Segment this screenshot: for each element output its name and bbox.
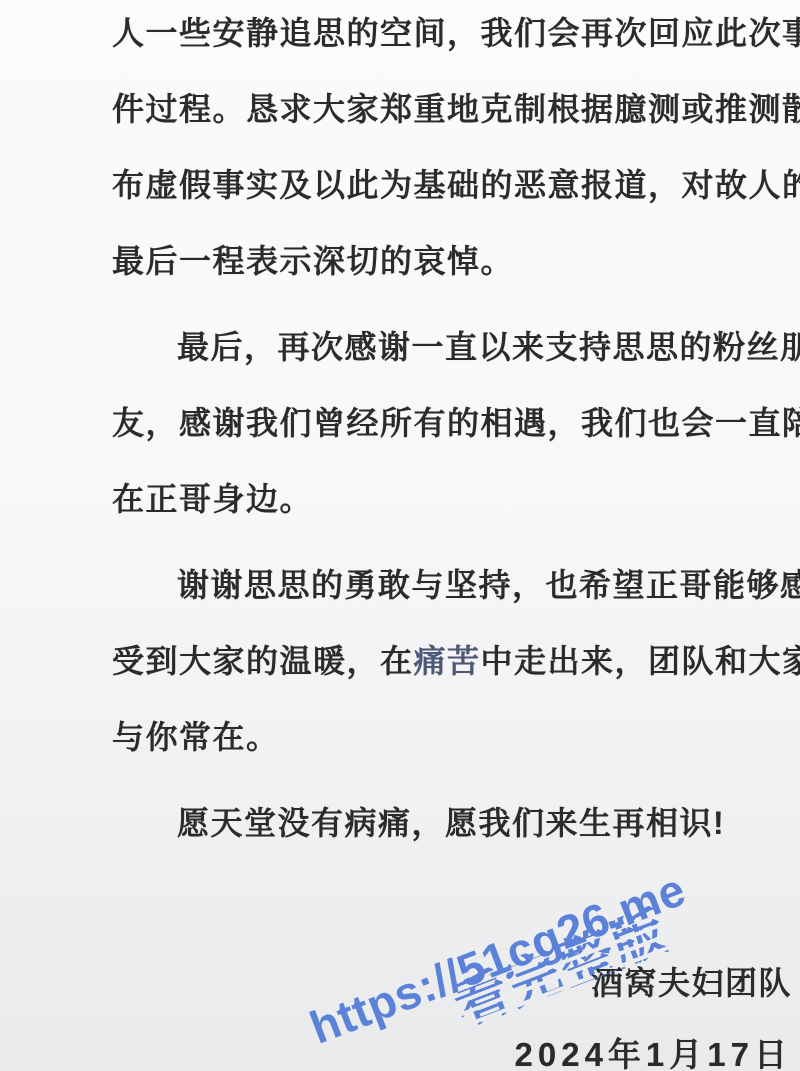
text-line: 与你常在。 <box>112 714 792 790</box>
text-line: 人一些安静追思的空间，我们会再次回应此次事 <box>112 10 792 86</box>
text-segment: 在正哥身边。 <box>112 481 313 517</box>
letter-body: 人一些安静追思的空间，我们会再次回应此次事件过程。恳求大家郑重地克制根据臆测或推… <box>112 10 792 876</box>
text-line: 布虚假事实及以此为基础的恶意报道，对故人的 <box>112 162 792 238</box>
text-segment: 痛苦 <box>414 643 481 679</box>
text-line: 最后，再次感谢一直以来支持思思的粉丝朋 <box>112 324 792 400</box>
text-line: 谢谢思思的勇敢与坚持，也希望正哥能够感 <box>112 562 792 638</box>
text-line: 友，感谢我们曾经所有的相遇，我们也会一直陪 <box>112 400 792 476</box>
text-segment: 与你常在。 <box>112 719 280 755</box>
text-line: 最后一程表示深切的哀悼。 <box>112 238 792 314</box>
text-segment: 谢谢思思的勇敢与坚持，也希望正哥能够感 <box>177 567 800 603</box>
page-background: 人一些安静追思的空间，我们会再次回应此次事件过程。恳求大家郑重地克制根据臆测或推… <box>0 0 800 1071</box>
text-line: 在正哥身边。 <box>112 476 792 552</box>
text-segment: 友，感谢我们曾经所有的相遇，我们也会一直陪 <box>112 405 800 441</box>
text-line: 受到大家的温暖，在痛苦中走出来，团队和大家 <box>112 638 792 714</box>
text-segment: 布虚假事实及以此为基础的恶意报道，对故人的 <box>112 167 800 203</box>
text-segment: 最后，再次感谢一直以来支持思思的粉丝朋 <box>177 329 800 365</box>
text-segment: 受到大家的温暖，在 <box>112 643 414 679</box>
text-line: 件过程。恳求大家郑重地克制根据臆测或推测散 <box>112 86 792 162</box>
text-segment: 件过程。恳求大家郑重地克制根据臆测或推测散 <box>112 91 800 127</box>
date-line: 2024年1月17日 <box>112 1035 792 1071</box>
text-segment: 愿天堂没有病痛，愿我们来生再相识! <box>177 805 725 841</box>
text-segment: 最后一程表示深切的哀悼。 <box>112 243 514 279</box>
text-segment: 中走出来，团队和大家 <box>481 643 800 679</box>
text-segment: 人一些安静追思的空间，我们会再次回应此次事 <box>112 15 800 51</box>
